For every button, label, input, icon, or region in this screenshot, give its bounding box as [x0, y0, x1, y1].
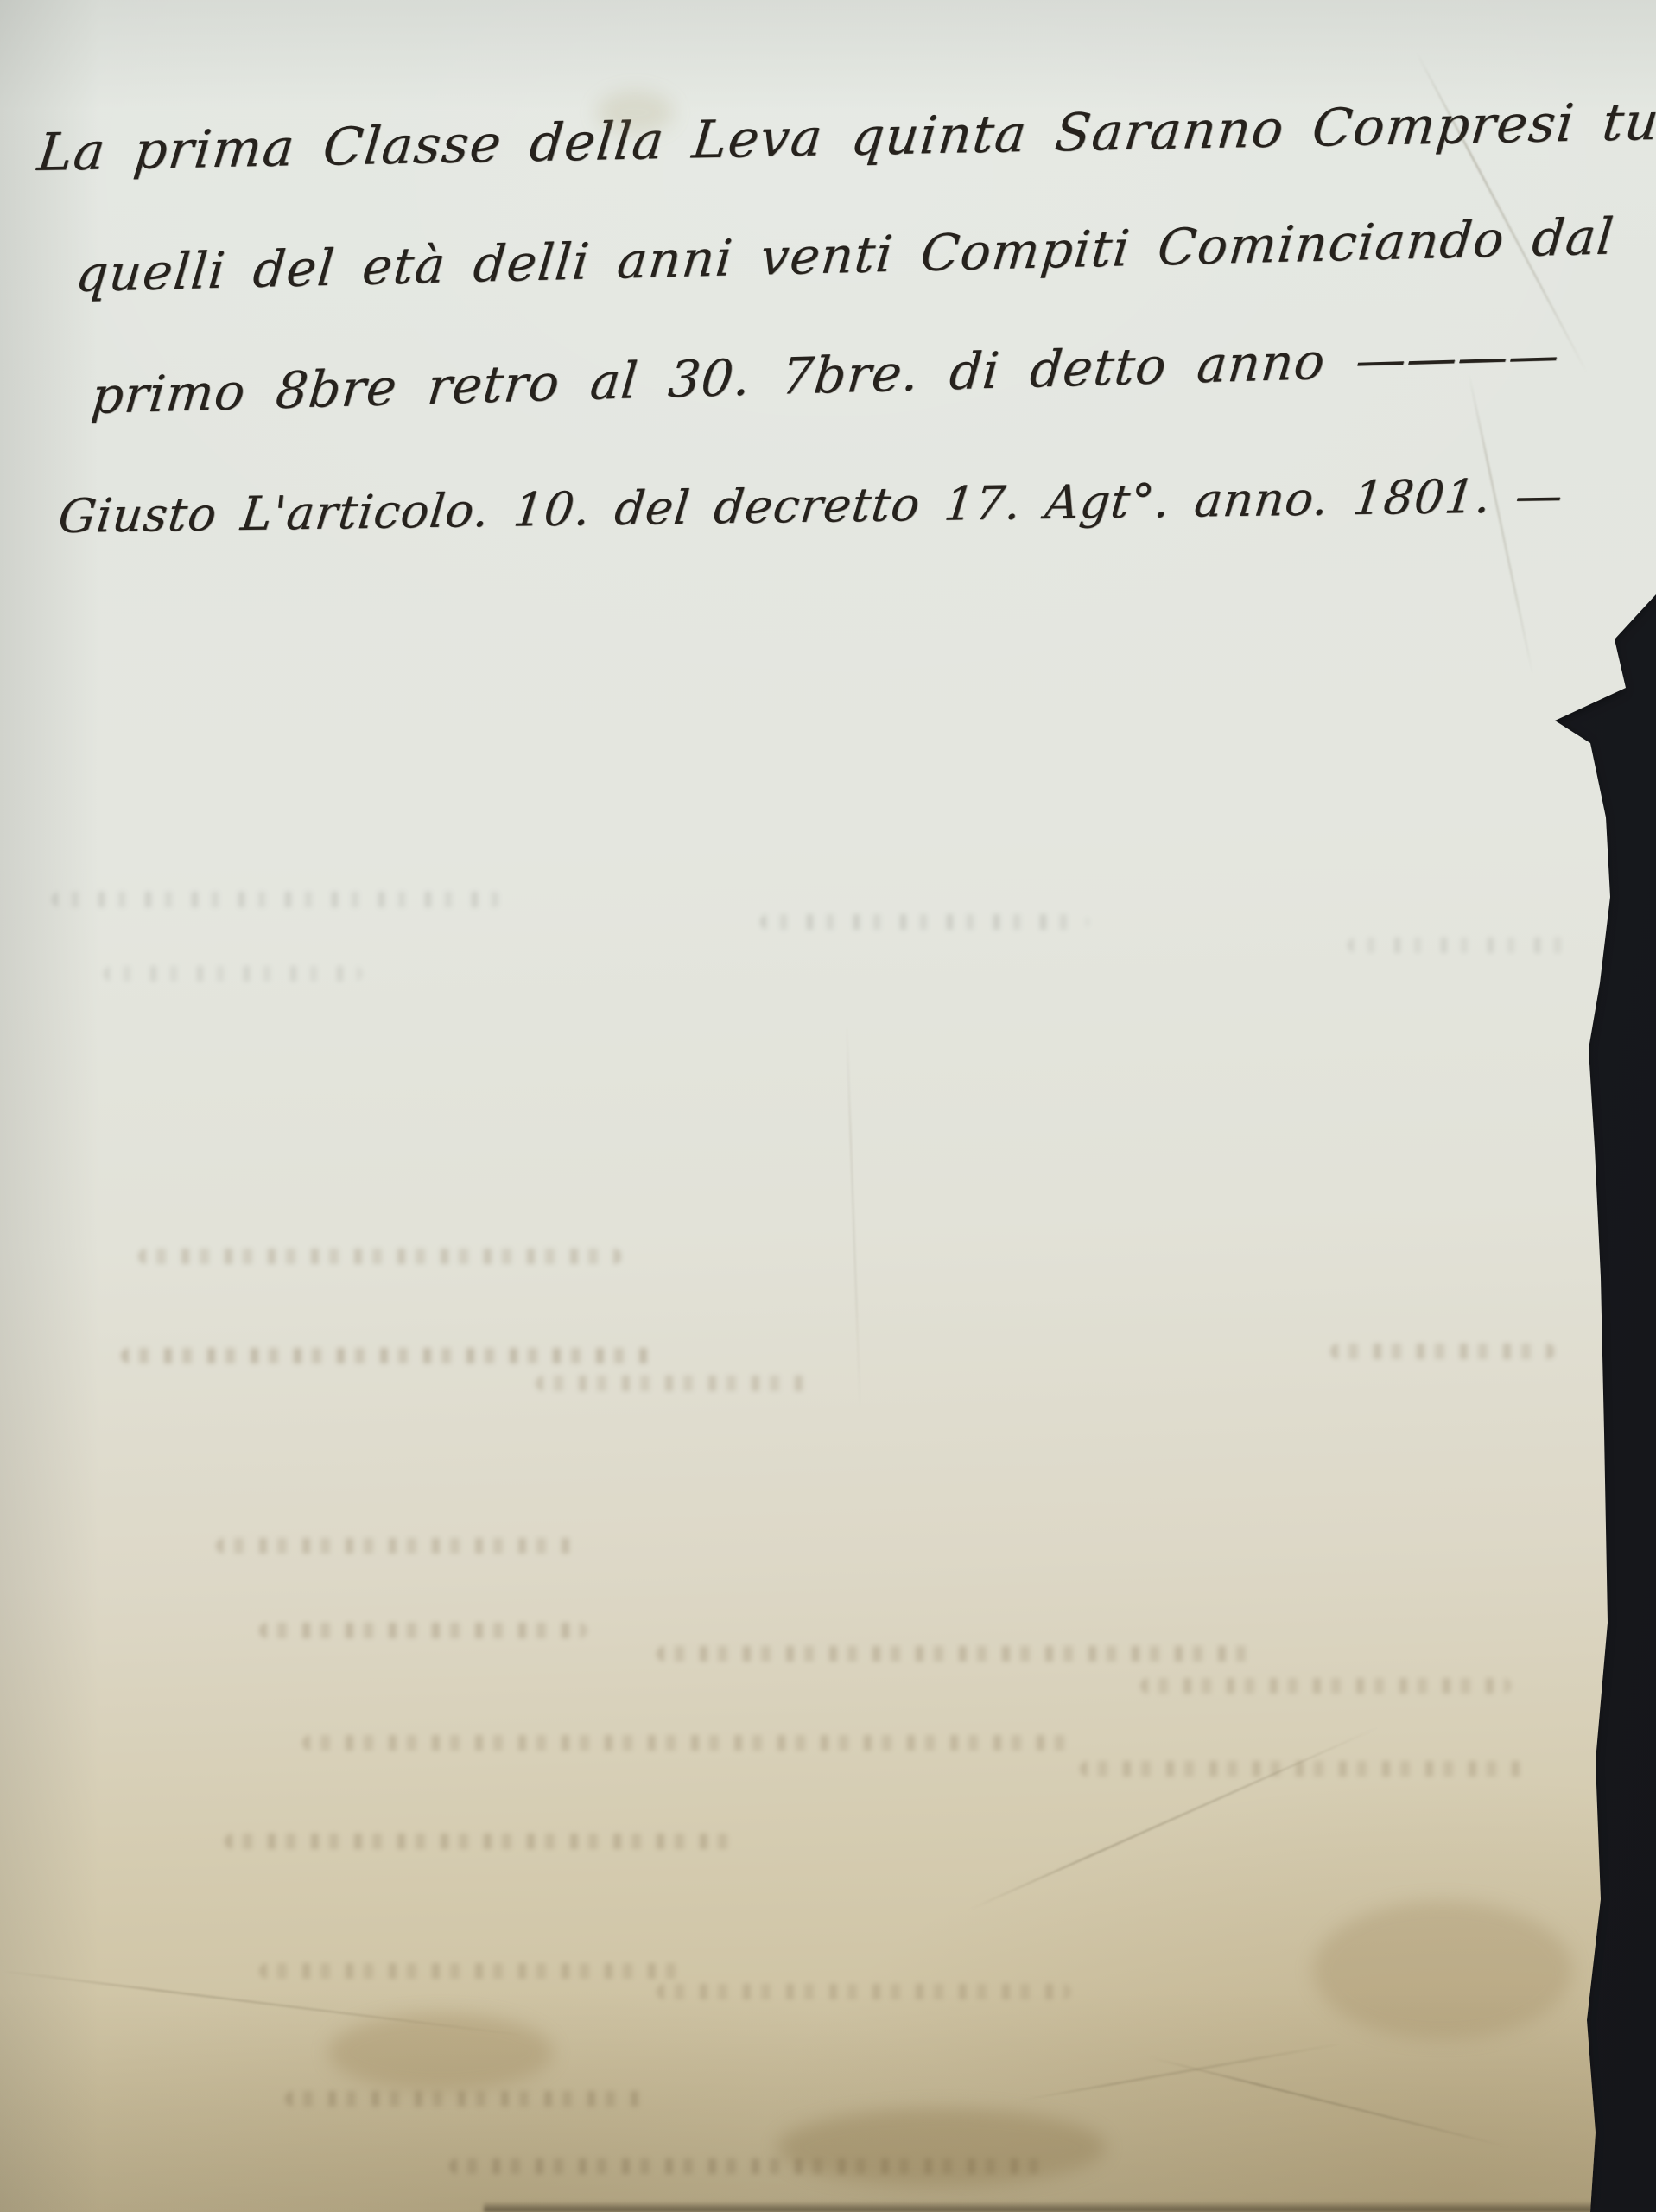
crease-line: [968, 1727, 1379, 1911]
bleedthrough-mark: [1140, 1678, 1512, 1694]
stain-patch: [596, 91, 674, 134]
stain-patch: [1313, 1901, 1572, 2039]
crease-line: [846, 1020, 861, 1418]
handwritten-line-4: Giusto L'articolo. 10. del decretto 17. …: [56, 468, 1566, 543]
bleedthrough-mark: [138, 1249, 622, 1264]
stain-patch: [777, 2108, 1106, 2186]
bleedthrough-mark: [285, 2091, 648, 2107]
crease-line: [1149, 2056, 1510, 2148]
handwritten-line-2: quelli del età delli anni venti Compiti …: [73, 207, 1617, 303]
bleedthrough-mark: [259, 1623, 587, 1638]
bleedthrough-mark: [1348, 938, 1572, 953]
bleedthrough-mark: [760, 914, 1088, 930]
paper-sheet-wrapper: La prima Classe della Leva quinta Sarann…: [0, 0, 1656, 2212]
bleedthrough-mark: [1330, 1344, 1555, 1359]
stain-patch: [328, 2013, 553, 2091]
bleedthrough-mark: [104, 966, 363, 982]
bleedthrough-mark: [225, 1834, 743, 1849]
bleedthrough-mark: [216, 1538, 579, 1554]
handwritten-line-3: primo 8bre retro al 30. 7bre. di detto a…: [89, 325, 1563, 425]
bottom-edge-shadow: [484, 2202, 1656, 2212]
bleedthrough-mark: [121, 1348, 657, 1363]
manuscript-page: La prima Classe della Leva quinta Sarann…: [0, 0, 1656, 2212]
bleedthrough-mark: [657, 1984, 1071, 1999]
bleedthrough-mark: [259, 1963, 691, 1979]
bleedthrough-mark: [1080, 1761, 1529, 1777]
handwritten-line-1: La prima Classe della Leva quinta Sarann…: [35, 91, 1656, 184]
bleedthrough-mark: [302, 1735, 1080, 1751]
bleedthrough-mark: [52, 892, 501, 907]
photograph-of-manuscript: La prima Classe della Leva quinta Sarann…: [0, 0, 1656, 2212]
bleedthrough-mark: [536, 1376, 812, 1391]
bleedthrough-mark: [657, 1646, 1261, 1662]
crease-line: [1468, 372, 1534, 677]
